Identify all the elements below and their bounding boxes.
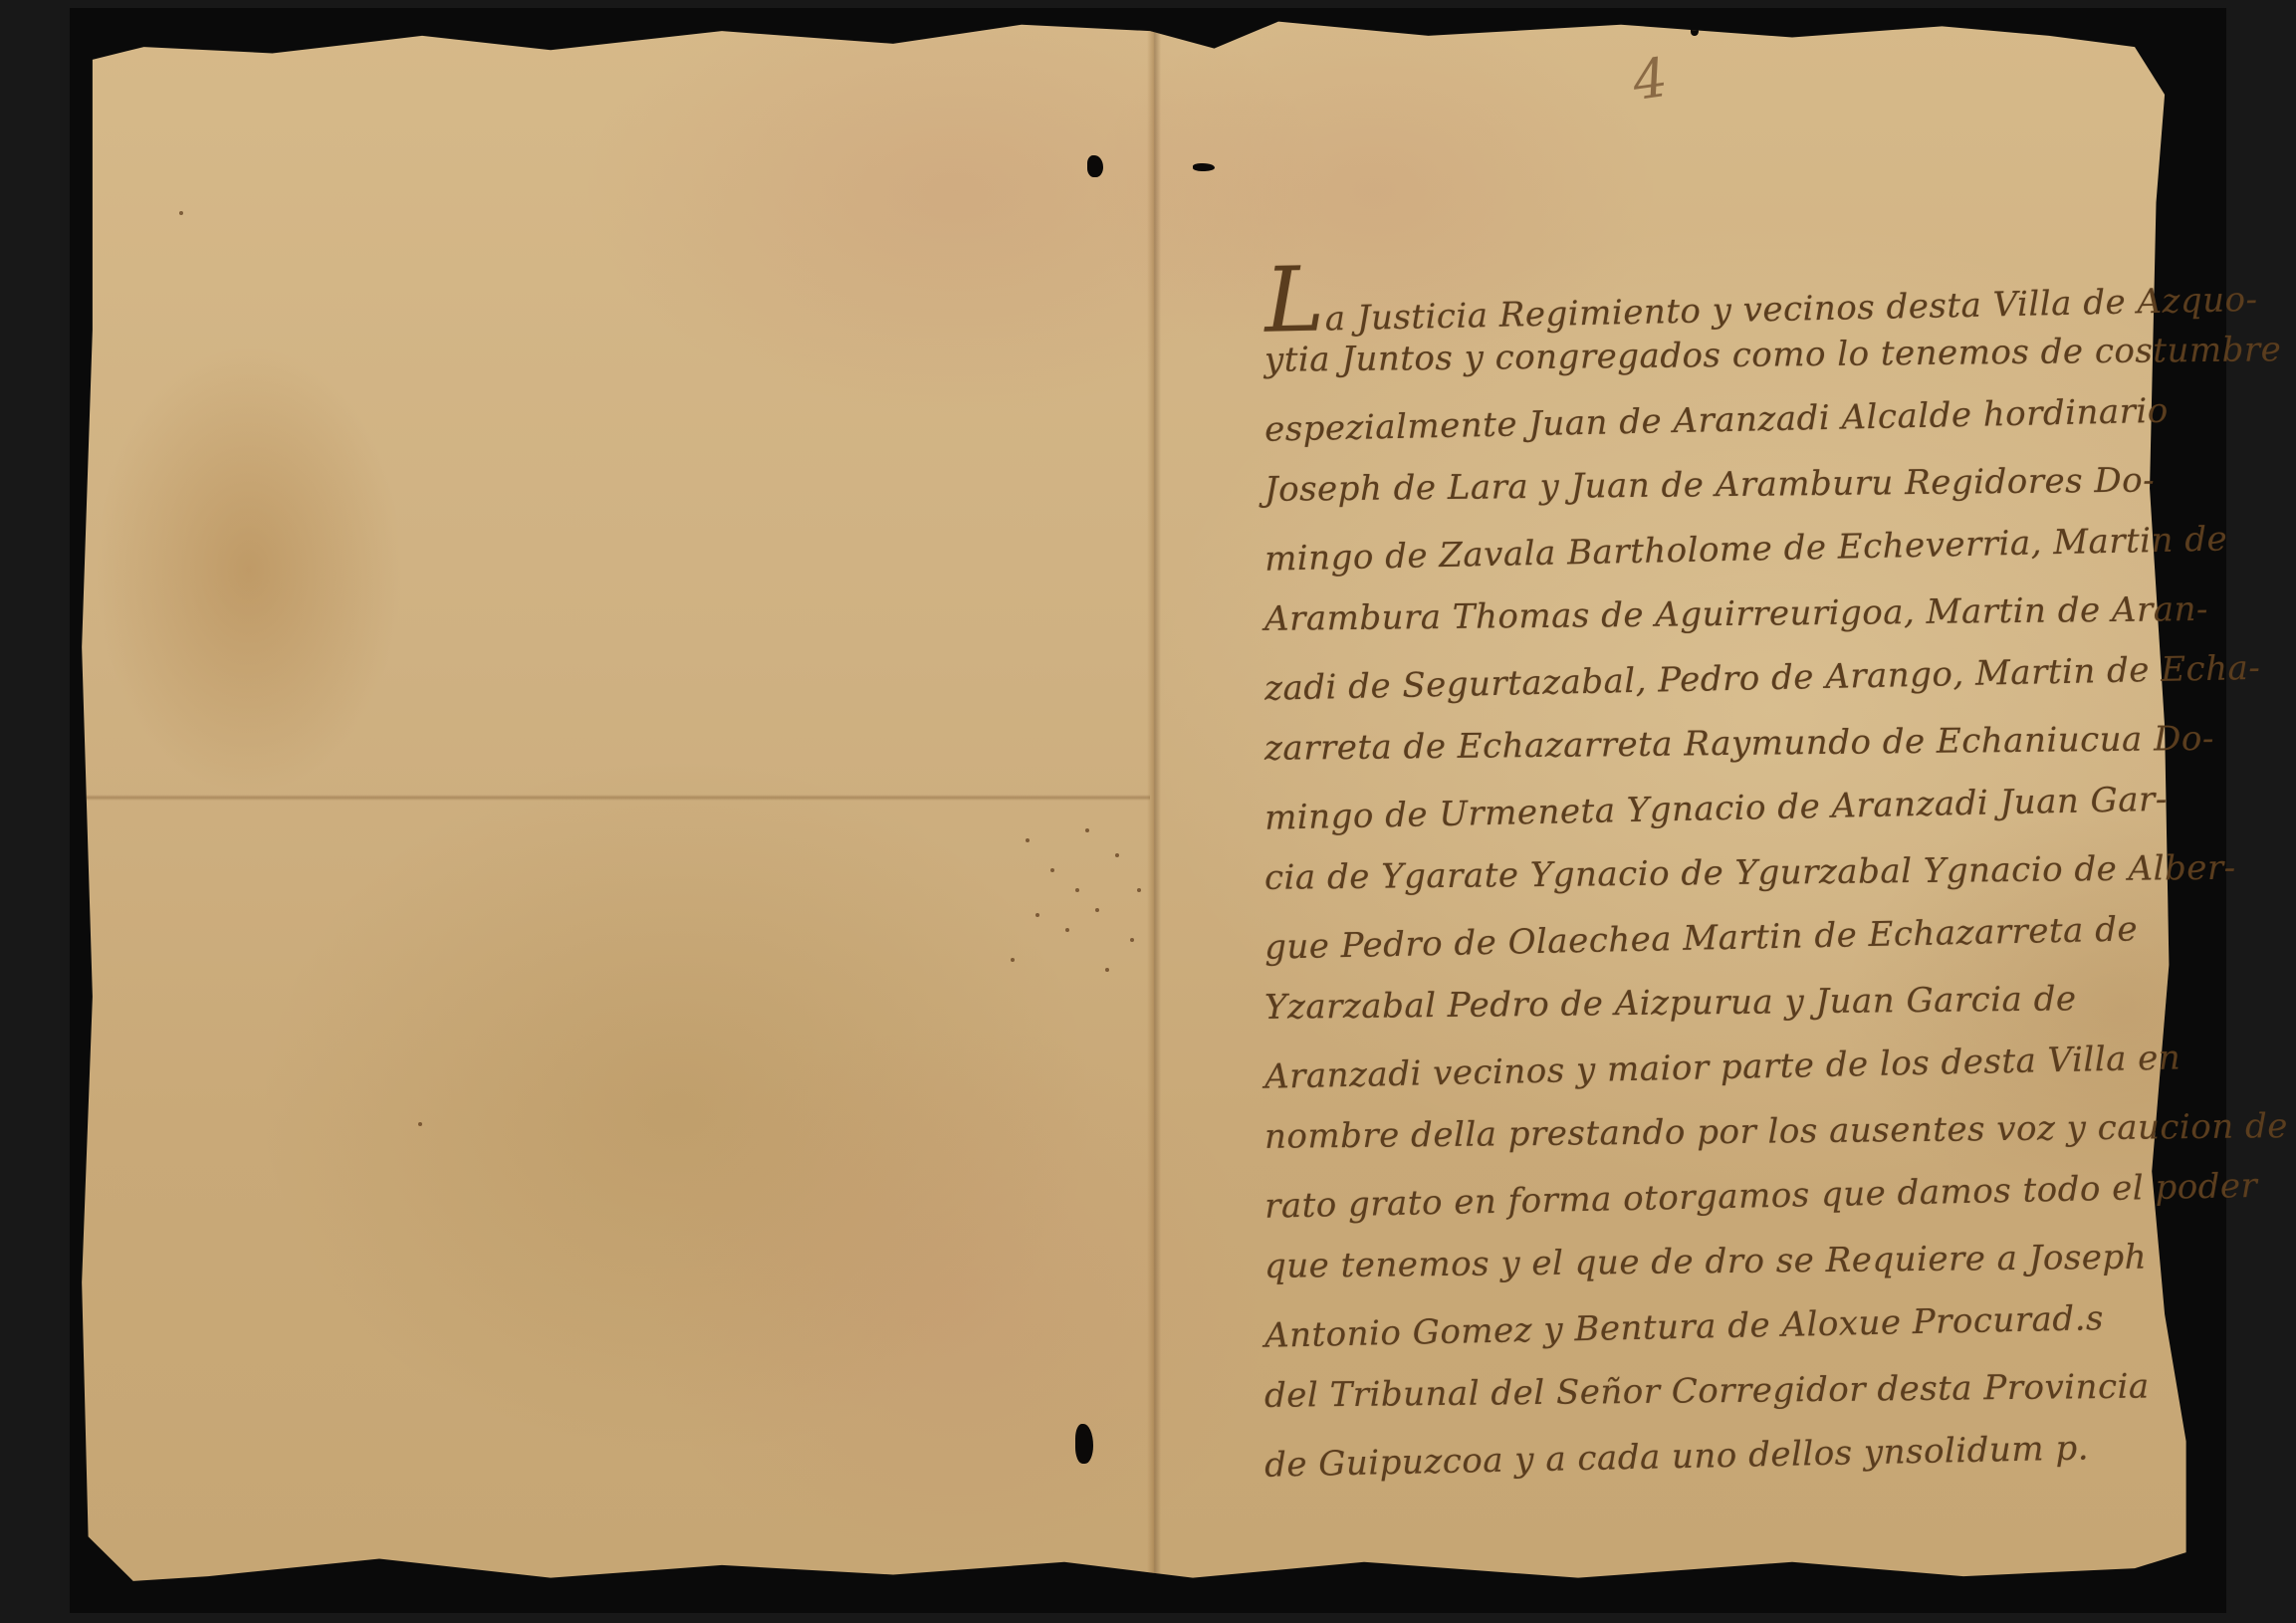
ink-speck bbox=[418, 1122, 422, 1126]
ink-speck bbox=[1035, 913, 1039, 917]
paper-hole bbox=[1075, 1424, 1093, 1464]
ink-speck bbox=[1137, 888, 1141, 892]
ink-speck bbox=[1075, 888, 1079, 892]
manuscript-text: La Justicia Regimiento y vecinos desta V… bbox=[1264, 259, 2190, 1489]
ink-speck bbox=[1105, 968, 1109, 972]
ink-speck bbox=[1011, 958, 1015, 962]
ink-speck bbox=[1095, 908, 1099, 912]
ink-speck bbox=[1050, 868, 1054, 872]
center-fold bbox=[1147, 12, 1161, 1600]
paper-hole bbox=[1087, 155, 1103, 177]
ink-speck bbox=[1065, 928, 1069, 932]
paper-hole bbox=[1193, 163, 1215, 171]
horizontal-fold bbox=[80, 795, 1150, 801]
ink-speck bbox=[179, 211, 183, 215]
ink-speck bbox=[1115, 853, 1119, 857]
ink-speck bbox=[1085, 828, 1089, 832]
ink-speck bbox=[1026, 838, 1030, 842]
ink-speck bbox=[1130, 938, 1134, 942]
